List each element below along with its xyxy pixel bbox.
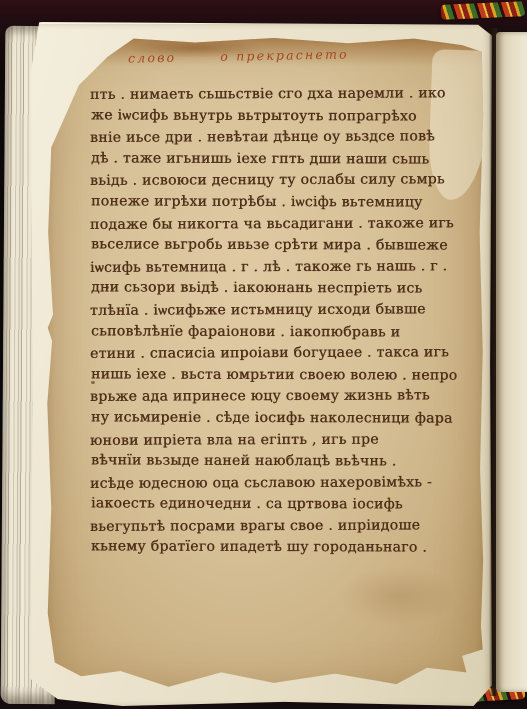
- manuscript-line: дни сьзори вьідѣ . іакоюнань неспріеть и…: [91, 278, 473, 301]
- manuscript-line: вьегупьтѣ посрами врагы свое . ипріидоше: [90, 515, 472, 538]
- manuscript-line: подаже бы никогта ча вьсадигани . такоже…: [90, 213, 472, 236]
- manuscript-line: вьселисе вьгробь ивьзе срѣти мира . бывш…: [91, 234, 473, 257]
- manuscript-line: же іѡсифь вьнутрь вьтрытоуть попрагрѣхо: [91, 105, 473, 128]
- manuscript-photo: слово о прекраснето пть . нимаеть сьшьст…: [0, 0, 527, 709]
- manuscript-line: іакоесть единочедни . са цртвова іосифь: [91, 494, 473, 517]
- manuscript-leaf: слово о прекраснето пть . нимаеть сьшьст…: [46, 36, 484, 692]
- manuscript-line: дѣ . таже игьнишь іехе гпть дши наши сьш…: [91, 148, 473, 171]
- ink-speck: [106, 286, 109, 289]
- manuscript-line: пть . нимаеть сьшьствіе сго дха наремли …: [90, 83, 472, 106]
- manuscript-text-block: пть . нимаеть сьшьствіе сго дха наремли …: [90, 84, 472, 559]
- manuscript-line: кьнему братїего ипадетѣ шу городаньнаго …: [91, 537, 473, 560]
- manuscript-line: тлѣнїа . іѡсифьже истьмницу исходи бывше: [90, 299, 472, 322]
- ink-speck: [91, 381, 95, 384]
- manuscript-line: етини . спасисіа ипроіави богуцаее . так…: [90, 342, 472, 365]
- manuscript-line: нишь іехе . вьста юмрьтии своею волею . …: [91, 364, 473, 387]
- facing-page-edge: [496, 32, 527, 692]
- manuscript-line: врьже ада ипринесе юцу своему жизнь вѣть: [90, 385, 472, 408]
- marbled-endband-top: [441, 1, 526, 20]
- manuscript-line: понеже игрѣхи потрѣбы . іѡсіфь вьтемницу: [91, 191, 473, 214]
- rubric-word-right: о прекраснето: [220, 46, 349, 63]
- manuscript-line: іѡсифь вьтемница . г . лѣ . такоже гь на…: [90, 256, 472, 279]
- rubric-word-left: слово: [128, 50, 177, 66]
- manuscript-line: сьповѣлѣнїе фараіонови . іакопюбравь и: [91, 321, 473, 344]
- manuscript-line: исѣде юдесною оца сьславою нахеровімѣхь …: [90, 472, 472, 495]
- stain-blob: [338, 566, 458, 626]
- manuscript-line: вьідь . исвоюси десницу ту ослабы силу с…: [90, 170, 472, 193]
- manuscript-line: вѣчнїи вьзыде наней наюблацѣ вьѣчнь .: [91, 450, 473, 473]
- manuscript-line: юнови ипріета вла на егіпть , игь пре: [90, 429, 472, 452]
- manuscript-line: вніе иьсе дри . невѣтаи дѣнце оу вьздсе …: [90, 126, 472, 149]
- manuscript-line: ну исьмиреніе . сѣде іосифь наколесници …: [91, 407, 473, 430]
